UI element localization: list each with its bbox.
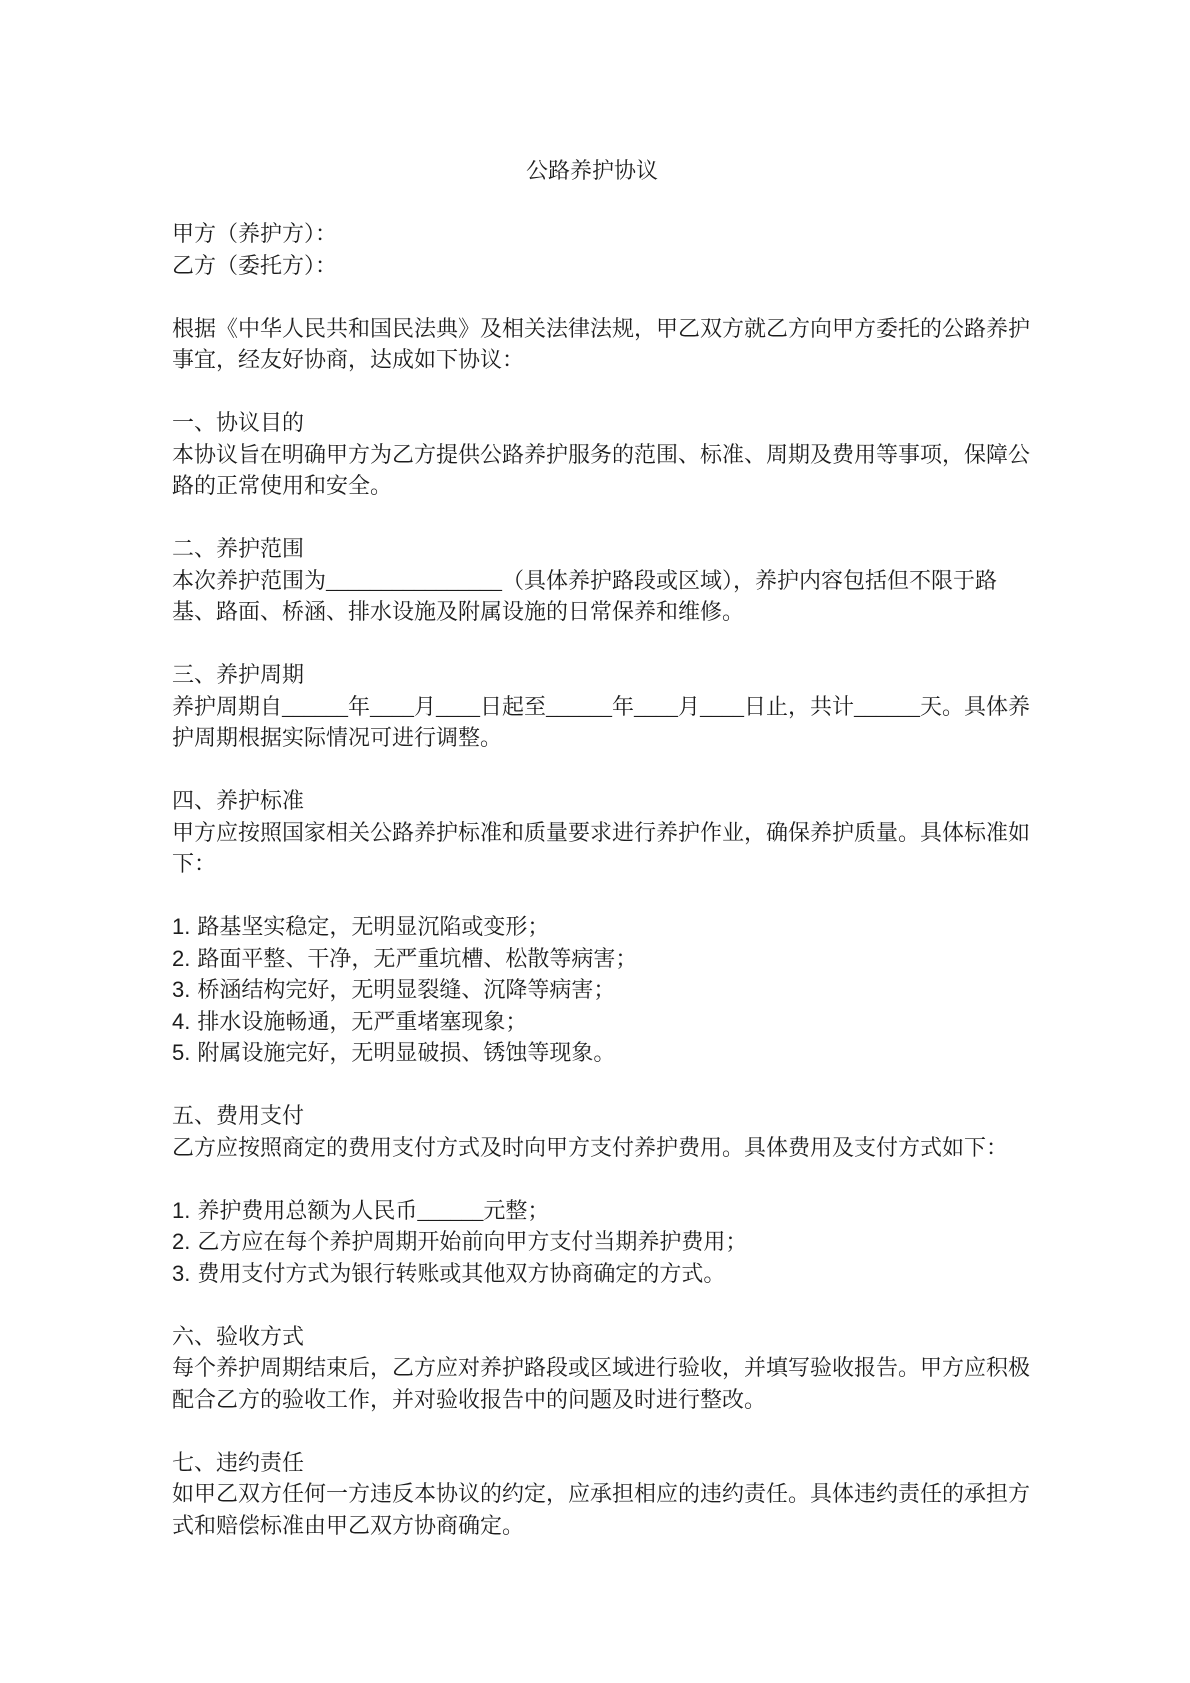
- list-item: 1.养护费用总额为人民币______元整；: [172, 1195, 1012, 1227]
- section-text-line: 基、路面、桥涵、排水设施及附属设施的日常保养和维修。: [172, 596, 1012, 628]
- section-text-line: 配合乙方的验收工作，并对验收报告中的问题及时进行整改。: [172, 1384, 1012, 1416]
- list-item: 1.路基坚实稳定，无明显沉陷或变形；: [172, 911, 1012, 943]
- section-heading: 二、养护范围: [172, 533, 1012, 565]
- section-text-line: 路的正常使用和安全。: [172, 470, 1012, 502]
- section-text-line: 护周期根据实际情况可进行调整。: [172, 722, 1012, 754]
- section-text-line: 每个养护周期结束后，乙方应对养护路段或区域进行验收，并填写验收报告。甲方应积极: [172, 1352, 1012, 1384]
- document-page: 公路养护协议 甲方（养护方）： 乙方（委托方）： 根据《中华人民共和国民法典》及…: [0, 0, 1190, 1683]
- list-item-number: 2.: [172, 946, 190, 971]
- section-scope: 二、养护范围 本次养护范围为________________（具体养护路段或区域…: [172, 533, 1012, 628]
- section-purpose: 一、协议目的 本协议旨在明确甲方为乙方提供公路养护服务的范围、标准、周期及费用等…: [172, 407, 1012, 502]
- parties-block: 甲方（养护方）： 乙方（委托方）：: [172, 218, 1012, 281]
- list-item: 3.桥涵结构完好，无明显裂缝、沉降等病害；: [172, 974, 1012, 1006]
- party-b-line: 乙方（委托方）：: [172, 250, 1012, 282]
- list-item-text: 路面平整、干净，无严重坑槽、松散等病害；: [197, 946, 637, 971]
- section-text-line: 式和赔偿标准由甲乙双方协商确定。: [172, 1510, 1012, 1542]
- list-item-text: 费用支付方式为银行转账或其他双方协商确定的方式。: [197, 1261, 725, 1286]
- preamble-line: 根据《中华人民共和国民法典》及相关法律法规，甲乙双方就乙方向甲方委托的公路养护: [172, 313, 1012, 345]
- section-text-line: 养护周期自______年____月____日起至______年____月____…: [172, 691, 1012, 723]
- section-heading: 三、养护周期: [172, 659, 1012, 691]
- list-item-number: 2.: [172, 1229, 190, 1254]
- section-heading: 五、费用支付: [172, 1100, 1012, 1132]
- section-heading: 一、协议目的: [172, 407, 1012, 439]
- title-block: 公路养护协议: [172, 155, 1012, 187]
- list-item-number: 1.: [172, 1198, 190, 1223]
- list-item-text: 路基坚实稳定，无明显沉陷或变形；: [197, 914, 549, 939]
- section-text-line: 本次养护范围为________________（具体养护路段或区域），养护内容包…: [172, 565, 1012, 597]
- section-period: 三、养护周期 养护周期自______年____月____日起至______年__…: [172, 659, 1012, 754]
- party-a-line: 甲方（养护方）：: [172, 218, 1012, 250]
- list-item-number: 1.: [172, 914, 190, 939]
- list-item-number: 5.: [172, 1040, 190, 1065]
- section-text-line: 本协议旨在明确甲方为乙方提供公路养护服务的范围、标准、周期及费用等事项，保障公: [172, 439, 1012, 471]
- list-item-number: 3.: [172, 1261, 190, 1286]
- section-acceptance: 六、验收方式 每个养护周期结束后，乙方应对养护路段或区域进行验收，并填写验收报告…: [172, 1321, 1012, 1416]
- list-item-number: 3.: [172, 977, 190, 1002]
- section-text-line: 甲方应按照国家相关公路养护标准和质量要求进行养护作业，确保养护质量。具体标准如: [172, 817, 1012, 849]
- list-item: 2.乙方应在每个养护周期开始前向甲方支付当期养护费用；: [172, 1226, 1012, 1258]
- list-item-text: 养护费用总额为人民币______元整；: [197, 1198, 549, 1223]
- payment-list: 1.养护费用总额为人民币______元整； 2.乙方应在每个养护周期开始前向甲方…: [172, 1195, 1012, 1290]
- list-item: 3.费用支付方式为银行转账或其他双方协商确定的方式。: [172, 1258, 1012, 1290]
- section-heading: 四、养护标准: [172, 785, 1012, 817]
- list-item-number: 4.: [172, 1009, 190, 1034]
- section-heading: 七、违约责任: [172, 1447, 1012, 1479]
- section-liability: 七、违约责任 如甲乙双方任何一方违反本协议的约定，应承担相应的违约责任。具体违约…: [172, 1447, 1012, 1542]
- preamble-line: 事宜，经友好协商，达成如下协议：: [172, 344, 1012, 376]
- section-heading: 六、验收方式: [172, 1321, 1012, 1353]
- list-item: 4.排水设施畅通，无严重堵塞现象；: [172, 1006, 1012, 1038]
- standards-list: 1.路基坚实稳定，无明显沉陷或变形； 2.路面平整、干净，无严重坑槽、松散等病害…: [172, 911, 1012, 1069]
- section-text-line: 下：: [172, 848, 1012, 880]
- list-item: 5.附属设施完好，无明显破损、锈蚀等现象。: [172, 1037, 1012, 1069]
- list-item: 2.路面平整、干净，无严重坑槽、松散等病害；: [172, 943, 1012, 975]
- list-item-text: 排水设施畅通，无严重堵塞现象；: [197, 1009, 527, 1034]
- preamble-block: 根据《中华人民共和国民法典》及相关法律法规，甲乙双方就乙方向甲方委托的公路养护 …: [172, 313, 1012, 376]
- section-text-line: 乙方应按照商定的费用支付方式及时向甲方支付养护费用。具体费用及支付方式如下：: [172, 1132, 1012, 1164]
- section-text-line: 如甲乙双方任何一方违反本协议的约定，应承担相应的违约责任。具体违约责任的承担方: [172, 1478, 1012, 1510]
- list-item-text: 桥涵结构完好，无明显裂缝、沉降等病害；: [197, 977, 615, 1002]
- list-item-text: 乙方应在每个养护周期开始前向甲方支付当期养护费用；: [197, 1229, 747, 1254]
- list-item-text: 附属设施完好，无明显破损、锈蚀等现象。: [197, 1040, 615, 1065]
- section-standards: 四、养护标准 甲方应按照国家相关公路养护标准和质量要求进行养护作业，确保养护质量…: [172, 785, 1012, 880]
- document-title: 公路养护协议: [172, 155, 1012, 187]
- section-payment: 五、费用支付 乙方应按照商定的费用支付方式及时向甲方支付养护费用。具体费用及支付…: [172, 1100, 1012, 1163]
